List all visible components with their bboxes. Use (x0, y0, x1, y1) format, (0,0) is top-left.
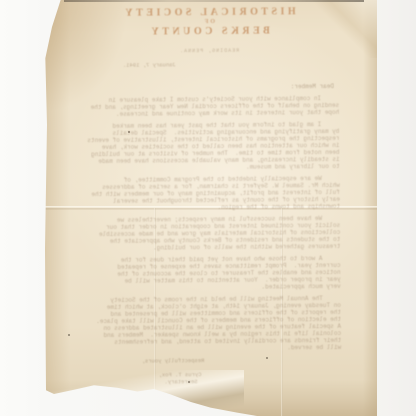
letter-body: In compliance with your Society's custom… (71, 95, 341, 358)
letterhead: HISTORICAL SOCIETY OF BERKS COUNTY (42, 6, 375, 40)
paragraph: We are especially indebted to the Progra… (72, 175, 340, 212)
salutation: Dear Member: (291, 83, 334, 90)
photo-of-letter-back: HISTORICAL SOCIETY OF BERKS COUNTY READI… (0, 0, 416, 416)
letter-paper-back: HISTORICAL SOCIETY OF BERKS COUNTY READI… (44, 0, 377, 416)
paragraph: We have been successful in many respects… (72, 215, 340, 252)
paragraph: I am glad to inform you that the past ye… (71, 121, 339, 172)
letterhead-line-3: BERKS COUNTY (42, 25, 375, 40)
complimentary-closing: Respectfully yours, (142, 357, 205, 365)
mirrored-show-through-text: HISTORICAL SOCIETY OF BERKS COUNTY READI… (42, 0, 379, 416)
paragraph: In compliance with your Society's custom… (71, 95, 339, 118)
scan-top-edge-shadow (64, 0, 364, 2)
paragraph: A word to those who have not yet paid th… (72, 255, 340, 292)
paragraph: The Annual Meeting will be held in the r… (73, 295, 341, 353)
signature-title: Secretary. (164, 378, 197, 385)
letterhead-address: READING, PENNA. (43, 47, 376, 56)
date-line: January 7, 1941. (123, 61, 176, 68)
